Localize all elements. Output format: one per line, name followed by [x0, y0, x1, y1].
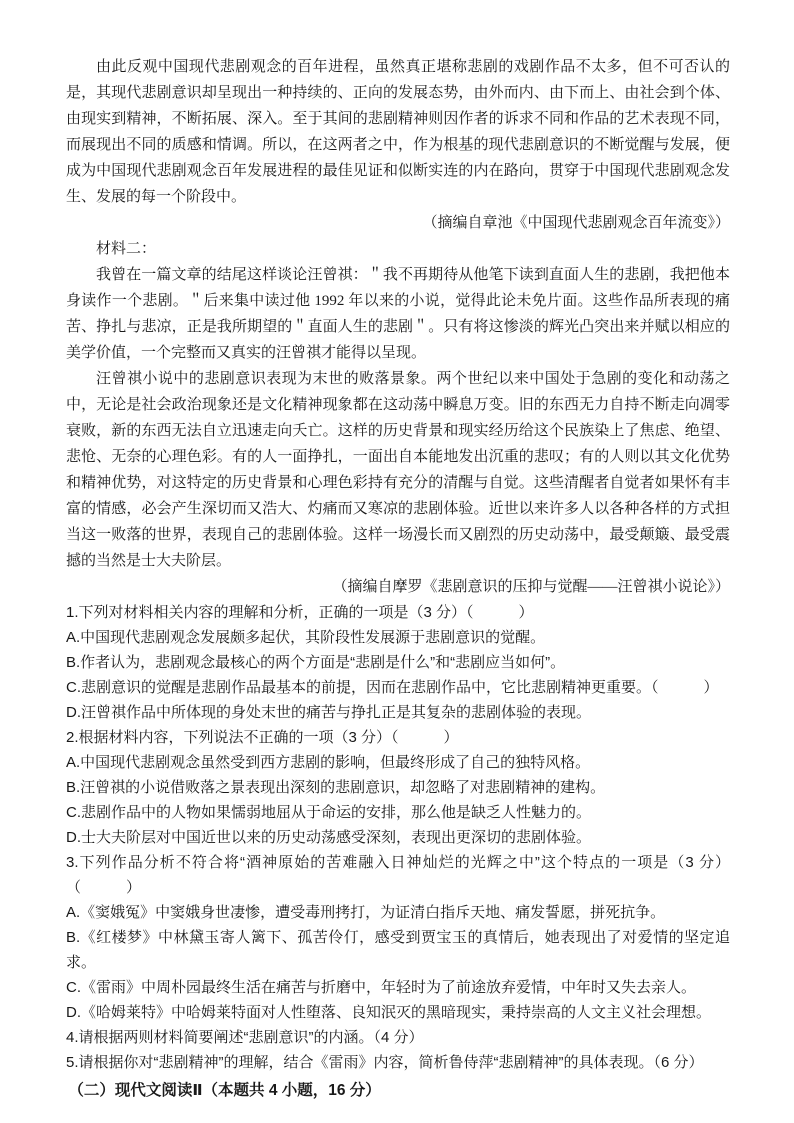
material-two-label: 材料二：	[66, 236, 730, 262]
material-two-paragraph-1: 我曾在一篇文章的结尾这样谈论汪曾祺：＂我不再期待从他笔下读到直面人生的悲剧，我把…	[66, 262, 730, 366]
reading-materials: 由此反观中国现代悲剧观念的百年进程，虽然真正堪称悲剧的戏剧作品不太多，但不可否认…	[66, 54, 730, 600]
exam-page: 由此反观中国现代悲剧观念的百年进程，虽然真正堪称悲剧的戏剧作品不太多，但不可否认…	[0, 0, 794, 1123]
question-1-option-c: C.悲剧意识的觉醒是悲剧作品最基本的前提，因而在悲剧作品中，它比悲剧精神更重要。…	[66, 675, 730, 700]
question-1-stem: 1.下列对材料相关内容的理解和分析，正确的一项是（3 分）（ ）	[66, 600, 730, 625]
question-1-option-b: B.作者认为，悲剧观念最核心的两个方面是“悲剧是什么”和“悲剧应当如何”。	[66, 650, 730, 675]
material-one-paragraph: 由此反观中国现代悲剧观念的百年进程，虽然真正堪称悲剧的戏剧作品不太多，但不可否认…	[66, 54, 730, 210]
question-2-option-a: A.中国现代悲剧观念虽然受到西方悲剧的影响，但最终形成了自己的独特风格。	[66, 750, 730, 775]
question-4-stem: 4.请根据两则材料简要阐述“悲剧意识”的内涵。（4 分）	[66, 1025, 730, 1050]
material-one-citation: （摘编自章池《中国现代悲剧观念百年流变》）	[66, 210, 730, 236]
question-1-option-d: D.汪曾祺作品中所体现的身处末世的痛苦与挣扎正是其复杂的悲剧体验的表现。	[66, 700, 730, 725]
question-2-option-d: D.士大夫阶层对中国近世以来的历史动荡感受深刻，表现出更深切的悲剧体验。	[66, 825, 730, 850]
material-two-citation: （摘编自摩罗《悲剧意识的压抑与觉醒——汪曾祺小说论》）	[66, 574, 730, 600]
question-1-option-a: A.中国现代悲剧观念发展颇多起伏，其阶段性发展源于悲剧意识的觉醒。	[66, 625, 730, 650]
question-2-option-c: C.悲剧作品中的人物如果懦弱地屈从于命运的安排，那么他是缺乏人性魅力的。	[66, 800, 730, 825]
section-two-heading: （二）现代文阅读Ⅱ（本题共 4 小题，16 分）	[66, 1078, 730, 1104]
question-block: 1.下列对材料相关内容的理解和分析，正确的一项是（3 分）（ ） A.中国现代悲…	[66, 600, 730, 1104]
question-3-option-d: D.《哈姆莱特》中哈姆莱特面对人性堕落、良知泯灭的黑暗现实，秉持崇高的人文主义社…	[66, 1000, 730, 1025]
material-two-paragraph-2: 汪曾祺小说中的悲剧意识表现为末世的败落景象。两个世纪以来中国处于急剧的变化和动荡…	[66, 366, 730, 574]
question-3-option-c: C.《雷雨》中周朴园最终生活在痛苦与折磨中，年轻时为了前途放弃爱情，中年时又失去…	[66, 975, 730, 1000]
question-2-stem: 2.根据材料内容，下列说法不正确的一项（3 分）（ ）	[66, 725, 730, 750]
question-3-option-a: A.《窦娥冤》中窦娥身世凄惨，遭受毒刑拷打，为证清白指斥天地、痛发誓愿，拼死抗争…	[66, 900, 730, 925]
question-5-stem: 5.请根据你对“悲剧精神”的理解，结合《雷雨》内容，简析鲁侍萍“悲剧精神”的具体…	[66, 1050, 730, 1075]
question-2-option-b: B.汪曾祺的小说借败落之景表现出深刻的悲剧意识，却忽略了对悲剧精神的建构。	[66, 775, 730, 800]
question-3-option-b: B.《红楼梦》中林黛玉寄人篱下、孤苦伶仃，感受到贾宝玉的真情后，她表现出了对爱情…	[66, 925, 730, 975]
question-3-stem: 3.下列作品分析不符合将“酒神原始的苦难融入日神灿烂的光辉之中”这个特点的一项是…	[66, 850, 730, 900]
